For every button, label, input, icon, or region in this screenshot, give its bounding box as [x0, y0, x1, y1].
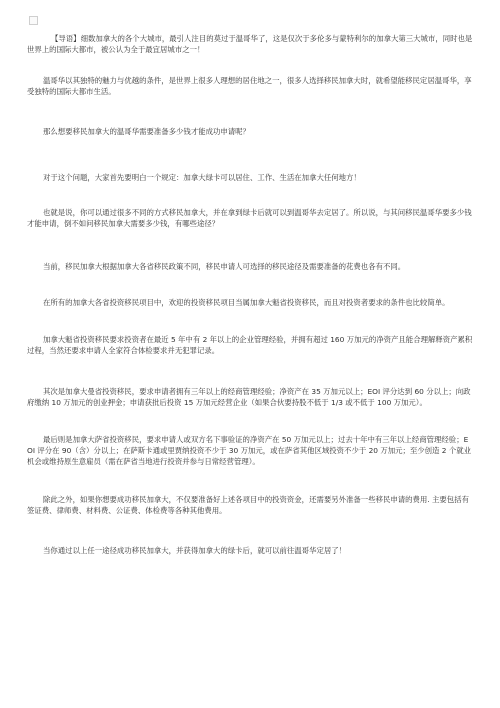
conclusion-paragraph: 当你通过以上任一途径成功移民加拿大，并获得加拿大的绿卡后，就可以前往温哥华定居了… — [27, 545, 474, 556]
question-paragraph: 那么想要移民加拿大的温哥华需要准备多少钱才能成功申请呢？ — [27, 126, 474, 137]
intro-paragraph: 【导语】细数加拿大的各个大城市，最引人注目的莫过于温哥华了，这是仅次于多伦多与蒙… — [27, 33, 474, 55]
body-paragraph: 对于这个问题，大家首先要明白一个规定：加拿大绿卡可以居住、工作、生活在加拿大任何… — [27, 172, 474, 183]
manitoba-paragraph: 其次是加拿大曼省投资移民，要求申请者拥有三年以上的经商管理经验；净资产在 35 … — [27, 386, 474, 408]
body-paragraph: 也就是说，你可以通过很多不同的方式移民加拿大，并在拿到绿卡后就可以到温哥华去定居… — [27, 207, 474, 229]
fees-paragraph: 除此之外，如果你想要成功移民加拿大，不仅要准备好上述各项目中的投资资金，还需要另… — [27, 494, 474, 516]
broken-image-icon — [29, 16, 38, 25]
body-paragraph: 在所有的加拿大各省投资移民项目中，欢迎的投资移民项目当属加拿大魁省投资移民，而且… — [27, 297, 474, 308]
body-paragraph: 温哥华以其独特的魅力与优越的条件，是世界上很多人理想的居住地之一，很多人选择移民… — [27, 75, 474, 97]
quebec-paragraph: 加拿大魁省投资移民要求投资者在最近 5 年中有 2 年以上的企业管理经验，并拥有… — [27, 334, 474, 356]
body-paragraph: 当前，移民加拿大根据加拿大各省移民政策不同，移民申请人可选择的移民途径及需要准备… — [27, 261, 474, 272]
saskatchewan-paragraph: 最后则是加拿大萨省投资移民，要求申请人或双方名下事验证的净资产在 50 万加元以… — [27, 434, 474, 467]
